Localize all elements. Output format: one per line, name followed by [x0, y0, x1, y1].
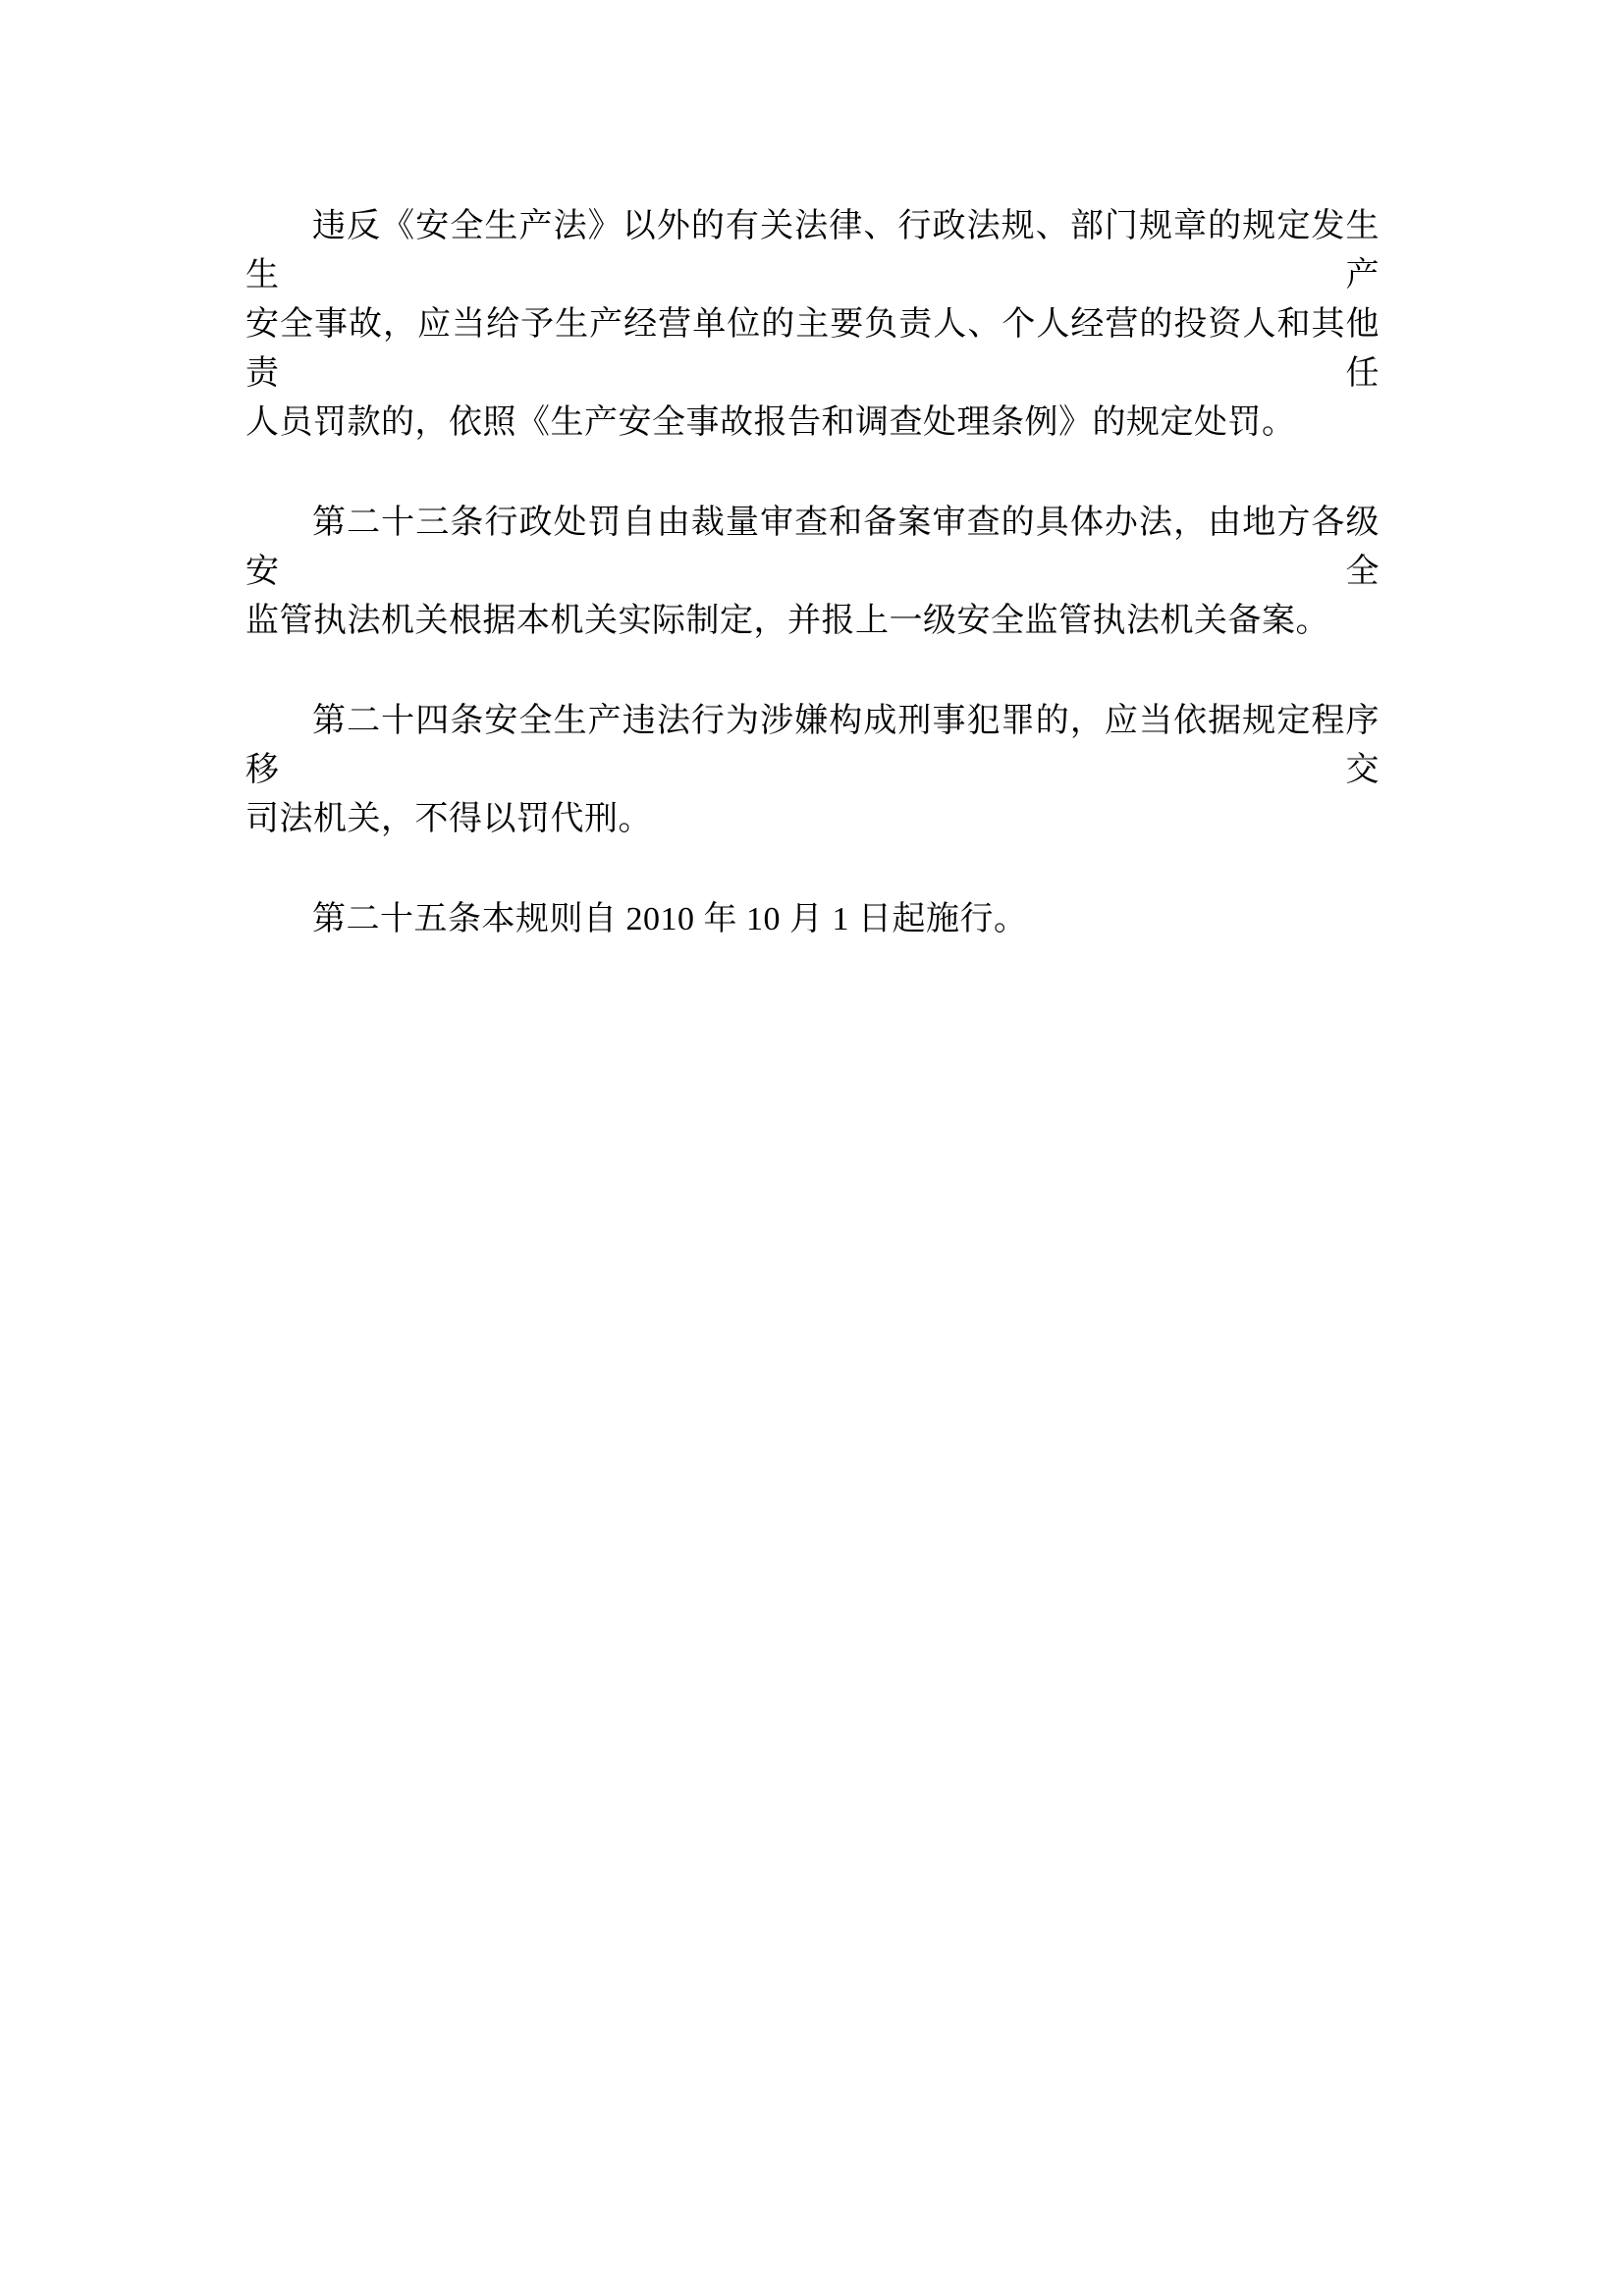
- text-line: 第二十五条本规则自 2010 年 10 月 1 日起施行。: [245, 895, 1380, 944]
- paragraph-article-23: 第二十三条行政处罚自由裁量审查和备案审查的具体办法，由地方各级安全 监管执法机关…: [245, 499, 1380, 646]
- text-line: 第二十四条安全生产违法行为涉嫌构成刑事犯罪的，应当依据规定程序移交: [245, 697, 1380, 795]
- document-page: 违反《安全生产法》以外的有关法律、行政法规、部门规章的规定发生生产 安全事故，应…: [0, 0, 1624, 2296]
- text-line: 监管执法机关根据本机关实际制定，并报上一级安全监管执法机关备案。: [245, 597, 1380, 646]
- paragraph-article-25: 第二十五条本规则自 2010 年 10 月 1 日起施行。: [245, 895, 1380, 944]
- text-line: 违反《安全生产法》以外的有关法律、行政法规、部门规章的规定发生生产: [245, 202, 1380, 300]
- text-line: 第二十三条行政处罚自由裁量审查和备案审查的具体办法，由地方各级安全: [245, 499, 1380, 597]
- paragraph-violation-penalty: 违反《安全生产法》以外的有关法律、行政法规、部门规章的规定发生生产 安全事故，应…: [245, 202, 1380, 448]
- paragraph-article-24: 第二十四条安全生产违法行为涉嫌构成刑事犯罪的，应当依据规定程序移交 司法机关，不…: [245, 697, 1380, 844]
- text-line: 司法机关，不得以罚代刑。: [245, 795, 1380, 844]
- text-line: 人员罚款的，依照《生产安全事故报告和调查处理条例》的规定处罚。: [245, 399, 1380, 448]
- text-line: 安全事故，应当给予生产经营单位的主要负责人、个人经营的投资人和其他责任: [245, 300, 1380, 399]
